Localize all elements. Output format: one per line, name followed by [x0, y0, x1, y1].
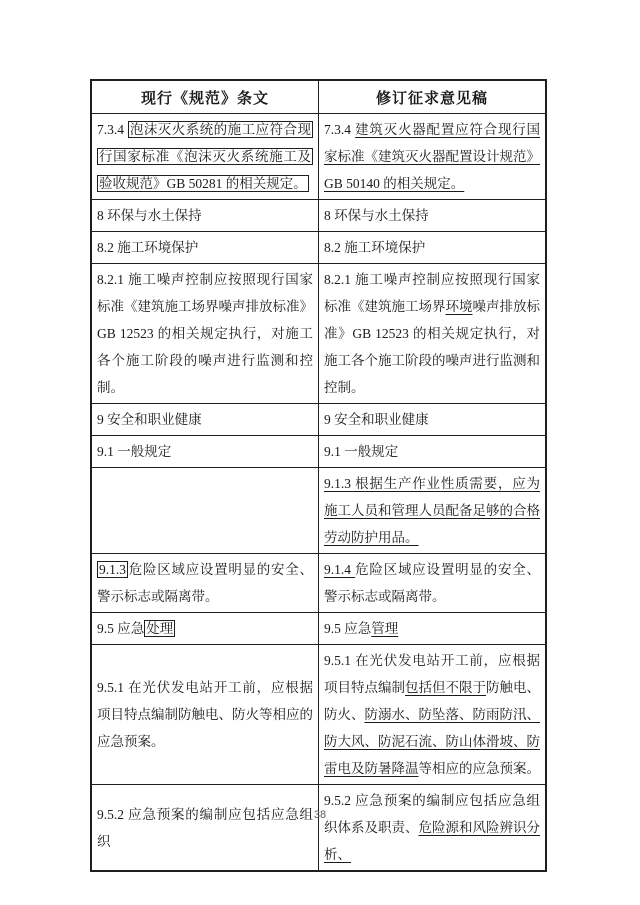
text-segment: 9 安全和职业健康 — [97, 412, 202, 427]
cell-revised-draft: 9.5.1 在光伏发电站开工前，应根据项目特点编制包括但不限于防触电、防火、防溺… — [319, 645, 547, 785]
cell-current-provision: 9.5.1 在光伏发电站开工前，应根据项目特点编制防触电、防火等相应的应急预案。 — [91, 645, 319, 785]
table-row: 7.3.4 泡沫灭火系统的施工应符合现行国家标准《泡沫灭火系统施工及验收规范》G… — [91, 114, 546, 200]
text-segment: 9 安全和职业健康 — [324, 412, 429, 427]
cell-revised-draft: 7.3.4 建筑灭火器配置应符合现行国家标准《建筑灭火器配置设计规范》GB 50… — [319, 114, 547, 200]
table-row: 8 环保与水土保持8 环保与水土保持 — [91, 200, 546, 232]
text-segment: 8.2 施工环境保护 — [324, 240, 425, 255]
cell-revised-draft: 8.2 施工环境保护 — [319, 232, 547, 264]
deleted-text: 9.1.3 — [97, 561, 128, 578]
text-segment: 等相应的应急预案。 — [419, 761, 541, 776]
text-segment: 8 环保与水土保持 — [97, 208, 202, 223]
text-segment: 危险区域应设置明显的安全、警示标志或隔离带。 — [324, 562, 540, 604]
deleted-text: 泡沫灭火系统的施工应符合现行国家标准《泡沫灭火系统施工及验收规范》GB 5028… — [97, 121, 313, 192]
deleted-text: 处理 — [144, 620, 175, 637]
page-number: 38 — [0, 809, 640, 821]
cell-revised-draft: 8.2.1 施工噪声控制应按照现行国家标准《建筑施工场界环境噪声排放标准》GB … — [319, 264, 547, 404]
cell-current-provision: 8.2.1 施工噪声控制应按照现行国家标准《建筑施工场界噪声排放标准》GB 12… — [91, 264, 319, 404]
text-segment: 9.5.1 在光伏发电站开工前，应根据项目特点编制防触电、防火等相应的应急预案。 — [97, 680, 313, 749]
text-segment: 8.2 施工环境保护 — [97, 240, 198, 255]
text-segment: 7.3.4 — [97, 122, 128, 137]
cell-revised-draft: 9 安全和职业健康 — [319, 404, 547, 436]
header-row: 现行《规范》条文 修订征求意见稿 — [91, 80, 546, 114]
inserted-text: 9.1.3 根据生产作业性质需要，应为施工人员和管理人员配备足够的合格劳动防护用… — [324, 476, 540, 545]
text-segment: 9.1 一般规定 — [97, 444, 171, 459]
table-row: 9.5 应急处理9.5 应急管理 — [91, 613, 546, 645]
cell-revised-draft: 9.5 应急管理 — [319, 613, 547, 645]
table-row: 9.1 一般规定9.1 一般规定 — [91, 436, 546, 468]
cell-revised-draft: 9.5.2 应急预案的编制应包括应急组织体系及职责、危险源和风险辨识分析、 — [319, 785, 547, 872]
table-row: 9.5.1 在光伏发电站开工前，应根据项目特点编制防触电、防火等相应的应急预案。… — [91, 645, 546, 785]
cell-revised-draft: 9.1 一般规定 — [319, 436, 547, 468]
cell-revised-draft: 9.1.3 根据生产作业性质需要，应为施工人员和管理人员配备足够的合格劳动防护用… — [319, 468, 547, 554]
text-segment: 9.1 一般规定 — [324, 444, 398, 459]
comparison-table: 现行《规范》条文 修订征求意见稿 7.3.4 泡沫灭火系统的施工应符合现行国家标… — [90, 79, 547, 872]
table-row: 8.2 施工环境保护8.2 施工环境保护 — [91, 232, 546, 264]
table-row: 9.1.3危险区域应设置明显的安全、警示标志或隔离带。9.1.4 危险区域应设置… — [91, 554, 546, 613]
cell-current-provision: 8.2 施工环境保护 — [91, 232, 319, 264]
inserted-text: 管理 — [371, 621, 398, 636]
inserted-text: 9.1.4 — [324, 562, 355, 577]
text-segment: 危险区域应设置明显的安全、警示标志或隔离带。 — [97, 562, 313, 604]
cell-current-provision: 9 安全和职业健康 — [91, 404, 319, 436]
cell-current-provision: 8 环保与水土保持 — [91, 200, 319, 232]
col-header-revised-draft: 修订征求意见稿 — [319, 80, 547, 114]
inserted-text: 环境 — [446, 299, 473, 314]
text-segment: 9.5 应急 — [97, 621, 144, 636]
cell-current-provision: 7.3.4 泡沫灭火系统的施工应符合现行国家标准《泡沫灭火系统施工及验收规范》G… — [91, 114, 319, 200]
cell-current-provision: 9.5.2 应急预案的编制应包括应急组织 — [91, 785, 319, 872]
table-row: 8.2.1 施工噪声控制应按照现行国家标准《建筑施工场界噪声排放标准》GB 12… — [91, 264, 546, 404]
cell-current-provision: 9.1 一般规定 — [91, 436, 319, 468]
col-header-current-provisions: 现行《规范》条文 — [91, 80, 319, 114]
cell-revised-draft: 9.1.4 危险区域应设置明显的安全、警示标志或隔离带。 — [319, 554, 547, 613]
text-segment: 9.5 应急 — [324, 621, 371, 636]
cell-current-provision: 9.5 应急处理 — [91, 613, 319, 645]
text-segment: 8.2.1 施工噪声控制应按照现行国家标准《建筑施工场界噪声排放标准》GB 12… — [97, 272, 313, 395]
table-row: 9.1.3 根据生产作业性质需要，应为施工人员和管理人员配备足够的合格劳动防护用… — [91, 468, 546, 554]
text-segment: 7.3.4 — [324, 122, 355, 137]
document-page: 现行《规范》条文 修订征求意见稿 7.3.4 泡沫灭火系统的施工应符合现行国家标… — [0, 0, 640, 905]
table-body: 7.3.4 泡沫灭火系统的施工应符合现行国家标准《泡沫灭火系统施工及验收规范》G… — [91, 114, 546, 872]
cell-current-provision — [91, 468, 319, 554]
cell-revised-draft: 8 环保与水土保持 — [319, 200, 547, 232]
table-header: 现行《规范》条文 修订征求意见稿 — [91, 80, 546, 114]
inserted-text: 建筑灭火器配置应符合现行国家标准《建筑灭火器配置设计规范》GB 50140 的相… — [324, 122, 540, 191]
cell-current-provision: 9.1.3危险区域应设置明显的安全、警示标志或隔离带。 — [91, 554, 319, 613]
text-segment: 8 环保与水土保持 — [324, 208, 429, 223]
table-row: 9.5.2 应急预案的编制应包括应急组织9.5.2 应急预案的编制应包括应急组织… — [91, 785, 546, 872]
table-row: 9 安全和职业健康9 安全和职业健康 — [91, 404, 546, 436]
inserted-text: 包括但不限于 — [405, 680, 486, 695]
